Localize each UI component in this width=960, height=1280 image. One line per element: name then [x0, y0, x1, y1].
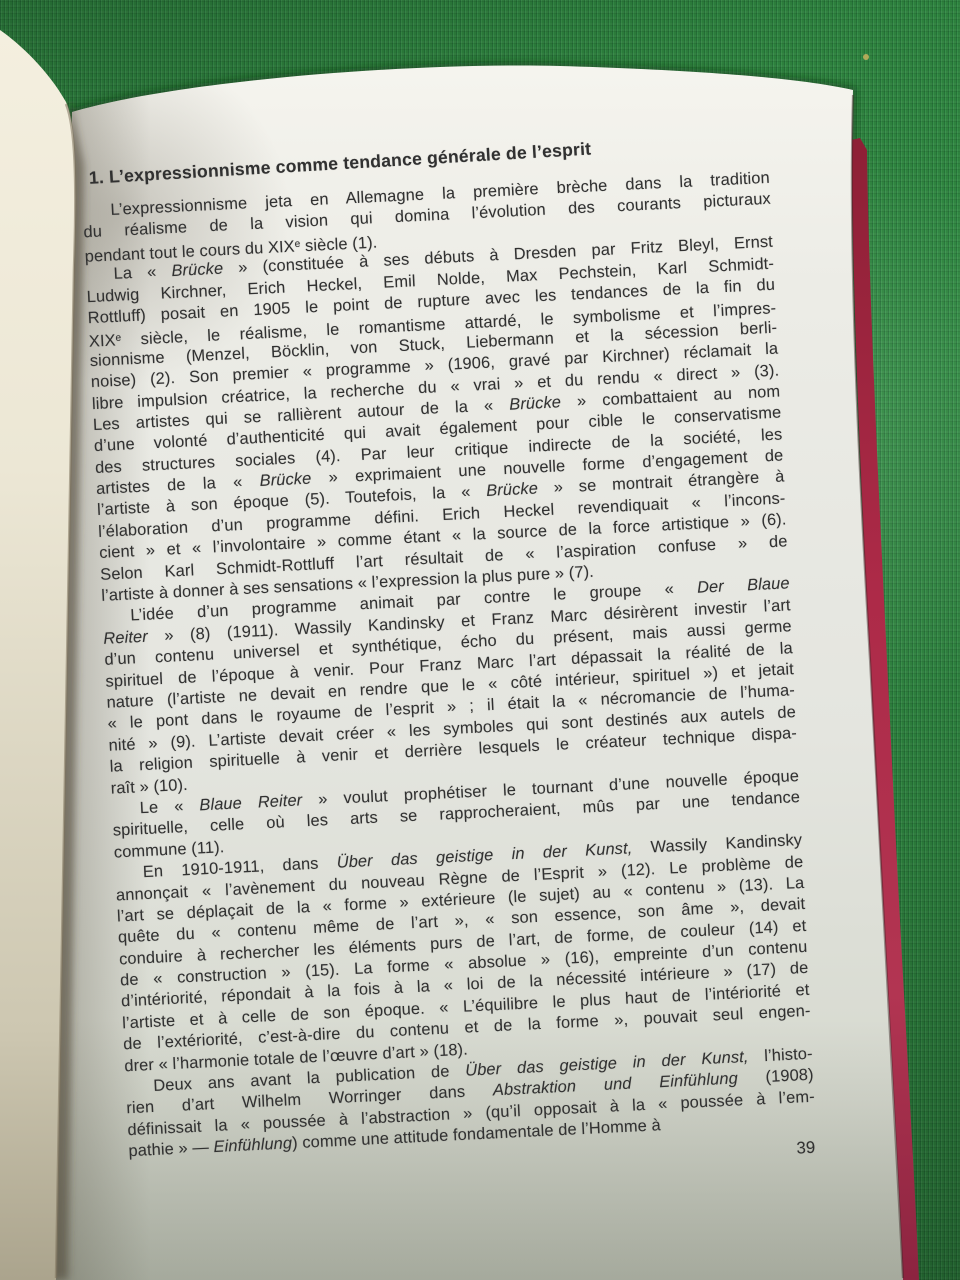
- italic-run: Einfühlung: [213, 1134, 292, 1156]
- photo-scene: 1. L’expressionnisme comme tendance géné…: [0, 0, 960, 1280]
- italic-run: Brücke: [509, 393, 562, 414]
- italic-run: Brücke: [486, 480, 539, 501]
- paragraph: En 1910-1911, dans Über das geistige in …: [114, 830, 812, 1077]
- italic-run: Reiter: [103, 628, 148, 648]
- text-run: La «: [113, 262, 172, 283]
- text-block: L’expressionnisme jeta en Allemagne la p…: [82, 168, 816, 1163]
- italic-run: Blaue Reiter: [199, 791, 303, 814]
- italic-run: Brücke: [171, 260, 224, 281]
- text-run: pathie » —: [128, 1138, 214, 1160]
- italic-run: Brücke: [259, 470, 312, 491]
- text-run: Le «: [139, 796, 200, 817]
- text-run: (1908): [737, 1066, 814, 1088]
- paragraph: La « Brücke » (constituée à ses débuts à…: [85, 232, 789, 607]
- paragraph: L’idée d’un programme animait par contre…: [102, 574, 799, 800]
- text-run: raît » (10).: [110, 775, 188, 797]
- book-page: 1. L’expressionnisme comme tendance géné…: [80, 134, 817, 1191]
- italic-run: Der Blaue: [697, 575, 790, 598]
- fabric-speck: [863, 54, 869, 60]
- text-run: XIX: [88, 332, 116, 351]
- text-run: commune (11).: [113, 838, 224, 861]
- text-run: l’histo-: [748, 1045, 813, 1066]
